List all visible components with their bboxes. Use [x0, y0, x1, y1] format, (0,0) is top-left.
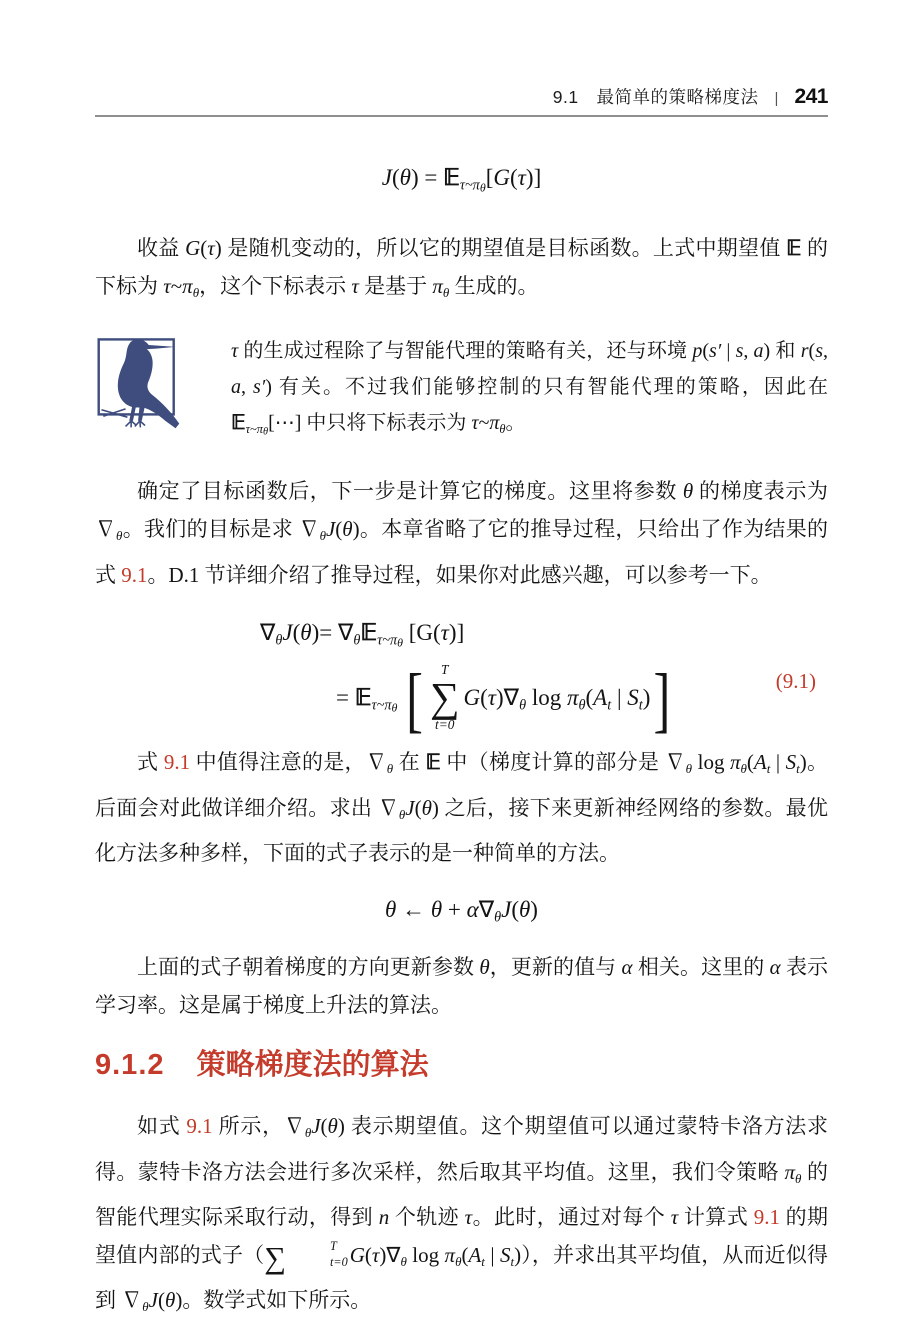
crow-icon — [95, 333, 195, 436]
paragraph-gradient-intro: 确定了目标函数后，下一步是计算它的梯度。这里将参数 θ 的梯度表示为 ∇θ。我们… — [95, 472, 828, 593]
section-heading-9-1-2: 9.1.2 策略梯度法的算法 — [95, 1045, 828, 1085]
paragraph-learning-rate: 上面的式子朝着梯度的方向更新参数 θ，更新的值与 α 相关。这里的 α 表示学习… — [95, 948, 828, 1024]
running-head-section: 9.1 最简单的策略梯度法 — [553, 84, 759, 109]
running-head-separator: | — [775, 90, 779, 107]
equation-number-label: (9.1) — [776, 669, 816, 694]
section-heading-title: 策略梯度法的算法 — [197, 1049, 429, 1081]
note-text: τ 的生成过程除了与智能代理的策略有关，还与环境 p(s′ | s, a) 和 … — [231, 333, 828, 451]
equation-theta-update: θ ← θ + α∇θJ(θ) — [95, 893, 828, 935]
header-rule — [95, 115, 828, 117]
equation-9-1-line1: ∇θJ(θ)= ∇θ𝔼τ~πθ [G(τ)] — [260, 615, 828, 661]
section-heading-number: 9.1.2 — [95, 1049, 165, 1081]
page-number: 241 — [794, 85, 828, 109]
note-box: τ 的生成过程除了与智能代理的策略有关，还与环境 p(s′ | s, a) 和 … — [95, 333, 828, 451]
equation-9-1: ∇θJ(θ)= ∇θ𝔼τ~πθ [G(τ)] = 𝔼τ~πθ [T∑t=0G(τ… — [260, 615, 828, 736]
page-header: 9.1 最简单的策略梯度法 | 241 — [95, 84, 828, 110]
paragraph-objective-explain: 收益 G(τ) 是随机变动的，所以它的期望值是目标函数。上式中期望值 𝔼 的下标… — [95, 229, 828, 312]
equation-9-1-line2: = 𝔼τ~πθ [T∑t=0G(τ)∇θ log πθ(At | St)] — [336, 664, 828, 735]
paragraph-eq91-remark: 式 9.1 中值得注意的是，∇θ 在 𝔼 中（梯度计算的部分是 ∇θ log π… — [95, 743, 828, 871]
equation-objective: J(θ) = 𝔼τ~πθ[G(τ)] — [95, 161, 828, 205]
paragraph-monte-carlo: 如式 9.1 所示，∇θJ(θ) 表示期望值。这个期望值可以通过蒙特卡洛方法求得… — [95, 1107, 828, 1326]
